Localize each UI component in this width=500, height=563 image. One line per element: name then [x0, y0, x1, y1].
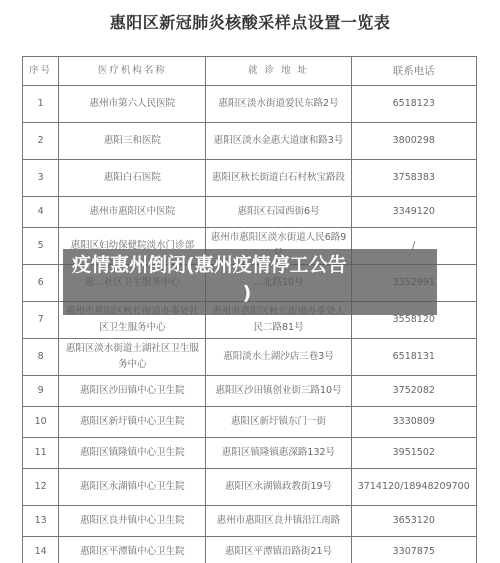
cell-no: 4 — [23, 197, 59, 228]
cell-no: 1 — [23, 86, 59, 123]
cell-name: 惠阳区永湖镇中心卫生院 — [59, 469, 206, 506]
cell-name: 惠阳区良井镇中心卫生院 — [59, 506, 206, 537]
table-row: 1 惠州市第六人民医院 惠阳区淡水街道爱民东路2号 6518123 — [23, 86, 477, 123]
cell-no: 5 — [23, 228, 59, 265]
cell-name: 惠州市第六人民医院 — [59, 86, 206, 123]
cell-address: 惠州市惠阳区良井镇沿江南路 — [206, 506, 351, 537]
table-row: 8 惠阳区淡水街道土湖社区卫生服务中心 惠阳淡水土湖沙店三巷3号 6518131 — [23, 339, 477, 376]
cell-phone: 3951502 — [351, 438, 476, 469]
table-row: 3 惠阳白石医院 惠阳区秋长街道白石村秋宝路段 3758383 — [23, 160, 477, 197]
cell-phone: 3330809 — [351, 407, 476, 438]
cell-address: 惠阳区永湖镇政教街19号 — [206, 469, 351, 506]
cell-no: 7 — [23, 302, 59, 339]
table-row: 4 惠州市惠阳区中医院 惠阳区石园西街6号 3349120 — [23, 197, 477, 228]
cell-name: 惠阳区沙田镇中心卫生院 — [59, 376, 206, 407]
header-institution: 医疗机构名称 — [59, 57, 206, 86]
cell-no: 12 — [23, 469, 59, 506]
table-row: 12 惠阳区永湖镇中心卫生院 惠阳区永湖镇政教街19号 3714120/1894… — [23, 469, 477, 506]
document-title: 惠阳区新冠肺炎核酸采样点设置一览表 — [0, 10, 500, 33]
cell-address: 惠阳区平潭镇沿路街21号 — [206, 537, 351, 563]
table-row: 11 惠阳区镇隆镇中心卫生院 惠阳区镇隆镇惠深路132号 3951502 — [23, 438, 477, 469]
table-row: 13 惠阳区良井镇中心卫生院 惠州市惠阳区良井镇沿江南路 3653120 — [23, 506, 477, 537]
cell-no: 2 — [23, 123, 59, 160]
cell-address: 惠阳区淡水金惠大道康和路3号 — [206, 123, 351, 160]
cell-phone: 3758383 — [351, 160, 476, 197]
table-row: 9 惠阳区沙田镇中心卫生院 惠阳区沙田镇创业街三路10号 3752082 — [23, 376, 477, 407]
cell-phone: 3800298 — [351, 123, 476, 160]
cell-address: 惠阳区新圩镇东门一街 — [206, 407, 351, 438]
caption-line-1: 疫情惠州倒闭(惠州疫情停工公告 — [72, 254, 347, 276]
table-row: 10 惠阳区新圩镇中心卫生院 惠阳区新圩镇东门一街 3330809 — [23, 407, 477, 438]
cell-name: 惠阳白石医院 — [59, 160, 206, 197]
cell-no: 8 — [23, 339, 59, 376]
cell-phone: 3307875 — [351, 537, 476, 563]
table-row: 14 惠阳区平潭镇中心卫生院 惠阳区平潭镇沿路街21号 3307875 — [23, 537, 477, 563]
cell-address: 惠阳区镇隆镇惠深路132号 — [206, 438, 351, 469]
cell-name: 惠阳区新圩镇中心卫生院 — [59, 407, 206, 438]
cell-name: 惠阳区淡水街道土湖社区卫生服务中心 — [59, 339, 206, 376]
cell-no: 11 — [23, 438, 59, 469]
caption-line-2: ) — [72, 279, 422, 307]
cell-no: 13 — [23, 506, 59, 537]
cell-no: 9 — [23, 376, 59, 407]
cell-no: 3 — [23, 160, 59, 197]
cell-phone: 3349120 — [351, 197, 476, 228]
cell-name: 惠阳区平潭镇中心卫生院 — [59, 537, 206, 563]
cell-phone: 3714120/18948209700 — [351, 469, 476, 506]
cell-no: 6 — [23, 265, 59, 302]
header-no: 序号 — [23, 57, 59, 86]
caption-overlay: 疫情惠州倒闭(惠州疫情停工公告 ) — [72, 251, 422, 307]
cell-phone: 6518131 — [351, 339, 476, 376]
table-row: 2 惠阳三和医院 惠阳区淡水金惠大道康和路3号 3800298 — [23, 123, 477, 160]
cell-name: 惠阳区镇隆镇中心卫生院 — [59, 438, 206, 469]
cell-phone: 6518123 — [351, 86, 476, 123]
cell-address: 惠阳区沙田镇创业街三路10号 — [206, 376, 351, 407]
cell-phone: 3752082 — [351, 376, 476, 407]
table-header-row: 序号 医疗机构名称 就 诊 地 址 联系电话 — [23, 57, 477, 86]
cell-name: 惠州市惠阳区中医院 — [59, 197, 206, 228]
cell-address: 惠阳区石园西街6号 — [206, 197, 351, 228]
cell-no: 14 — [23, 537, 59, 563]
header-phone: 联系电话 — [351, 57, 476, 86]
cell-phone: 3653120 — [351, 506, 476, 537]
cell-no: 10 — [23, 407, 59, 438]
header-address: 就 诊 地 址 — [206, 57, 351, 86]
cell-address: 惠阳淡水土湖沙店三巷3号 — [206, 339, 351, 376]
cell-address: 惠阳区秋长街道白石村秋宝路段 — [206, 160, 351, 197]
cell-address: 惠阳区淡水街道爱民东路2号 — [206, 86, 351, 123]
cell-name: 惠阳三和医院 — [59, 123, 206, 160]
